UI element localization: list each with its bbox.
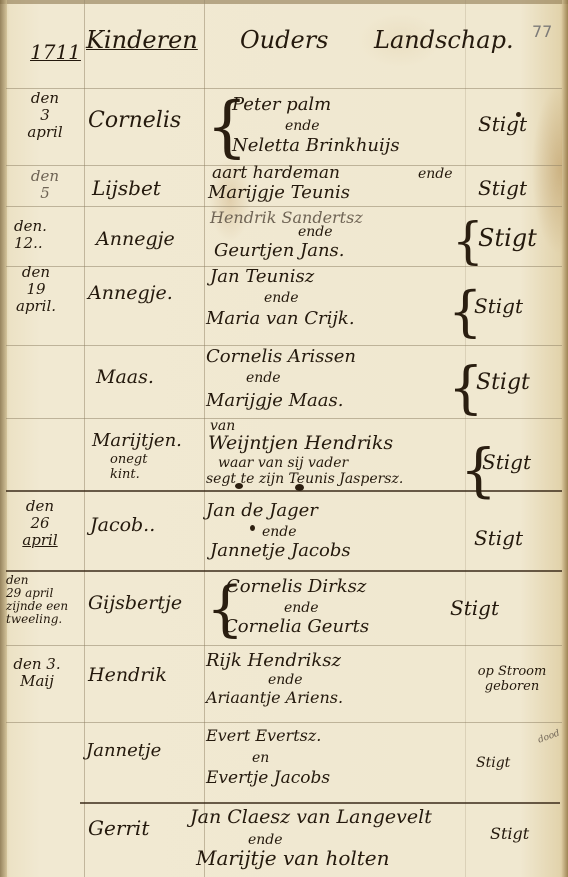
page-edge-right	[562, 0, 568, 877]
entry-father: Evert Evertsz.	[206, 726, 321, 745]
ink-blot	[235, 483, 243, 489]
entry-date: den26april	[8, 498, 72, 549]
row-rule	[6, 570, 562, 572]
entry-mother: Ariaantje Ariens.	[206, 688, 343, 707]
entry-father: Hendrik Sandertsz	[210, 208, 363, 227]
entry-landschap: Stigt	[490, 824, 529, 843]
entry-child-name: Jannetje	[86, 740, 161, 761]
entry-mother: Evertje Jacobs	[206, 768, 330, 788]
page-number: 77	[532, 22, 552, 41]
entry-child-note: onegtkint.	[110, 452, 147, 482]
entry-landschap: Stigt	[482, 450, 531, 474]
entry-date: den.12..	[14, 218, 64, 252]
page-edge-top	[0, 0, 568, 4]
entry-landschap: Stigt	[476, 370, 530, 395]
margin-note: dood	[536, 727, 562, 749]
column-header-children: Kinderen	[86, 26, 198, 54]
entry-mother: Neletta Brinkhuijs	[232, 135, 400, 156]
entry-landschap: Stigt	[478, 176, 527, 200]
entry-conjunction: ende	[262, 524, 297, 540]
entry-landschap: Stigt	[478, 224, 537, 252]
row-rule	[6, 722, 562, 723]
entry-child-name: Gijsbertje	[88, 592, 182, 614]
entry-child-name: Marijtjen.	[92, 430, 182, 451]
entry-father: Cornelis Arissen	[206, 346, 356, 367]
entry-landschap: op Stroom geboren	[468, 664, 556, 694]
row-rule	[6, 88, 562, 89]
entry-child-name: Maas.	[96, 366, 154, 388]
entry-child-name: Gerrit	[88, 816, 149, 840]
entry-date: den3april	[14, 90, 76, 141]
page-edge-left	[0, 0, 7, 877]
entry-mother: Marijtje van holten	[196, 846, 390, 870]
entry-landschap: Stigt	[474, 526, 523, 550]
entry-landschap: Stigt	[476, 756, 510, 771]
entry-date: den29 aprilzijnde eentweeling.	[6, 574, 82, 626]
row-rule	[80, 802, 560, 804]
entry-child-name: Cornelis	[88, 108, 181, 133]
entry-landschap: Stigt	[450, 596, 499, 620]
entry-mother: Maria van Crijk.	[206, 308, 355, 329]
ink-blot	[516, 112, 521, 117]
ink-blot	[250, 525, 255, 531]
entry-mother: Marijgje Maas.	[206, 390, 343, 411]
register-page: 1711 Kinderen Ouders Landschap. 77 den3a…	[0, 0, 568, 877]
column-header-parents: Ouders	[240, 26, 329, 54]
entry-mother: Geurtjen Jans.	[214, 240, 345, 261]
entry-conjunction: ende	[268, 672, 303, 688]
entry-date: den 3.Maij	[6, 656, 68, 690]
entry-landschap: Stigt	[474, 294, 523, 318]
entry-conjunction: ende	[298, 224, 333, 240]
year-heading: 1711	[30, 40, 81, 64]
ink-blot	[295, 484, 304, 491]
entry-mother: Marijgje Teunis	[208, 182, 350, 203]
entry-father: Jan Claesz van Langevelt	[190, 806, 432, 828]
entry-mother: Jannetje Jacobs	[210, 540, 351, 561]
entry-father: aart hardeman	[212, 163, 340, 183]
entry-child-name: Hendrik	[88, 664, 167, 686]
entry-mother: Weijntjen Hendriks	[208, 432, 393, 454]
entry-child-name: Lijsbet	[92, 176, 161, 200]
row-rule	[6, 206, 562, 207]
column-header-landschap: Landschap.	[374, 26, 514, 54]
entry-conjunction: ende	[285, 118, 320, 134]
entry-date: den5	[14, 168, 76, 202]
entry-father: Rijk Hendriksz	[206, 650, 341, 671]
entry-conjunction: ende	[418, 166, 453, 182]
entry-child-name: Annegje	[96, 228, 175, 250]
row-rule	[6, 645, 562, 646]
entry-child-name: Jacob..	[90, 514, 155, 536]
entry-child-name: Annegje.	[88, 282, 173, 304]
entry-conjunction: ende	[246, 370, 281, 386]
entry-father: Jan Teunisz	[210, 266, 314, 287]
column-rule-date	[84, 0, 85, 877]
entry-conjunction: en	[252, 750, 269, 766]
entry-conjunction: ende	[284, 600, 319, 616]
entry-father: Peter palm	[232, 94, 331, 115]
entry-date: den19april.	[6, 264, 66, 315]
entry-father: Jan de Jager	[206, 500, 318, 521]
entry-extra-note: waar van sij vader	[218, 456, 348, 471]
column-rule-children	[204, 0, 205, 877]
entry-mother: Cornelia Geurts	[224, 616, 369, 637]
entry-father: Cornelis Dirksz	[226, 576, 366, 597]
entry-conjunction: ende	[264, 290, 299, 306]
